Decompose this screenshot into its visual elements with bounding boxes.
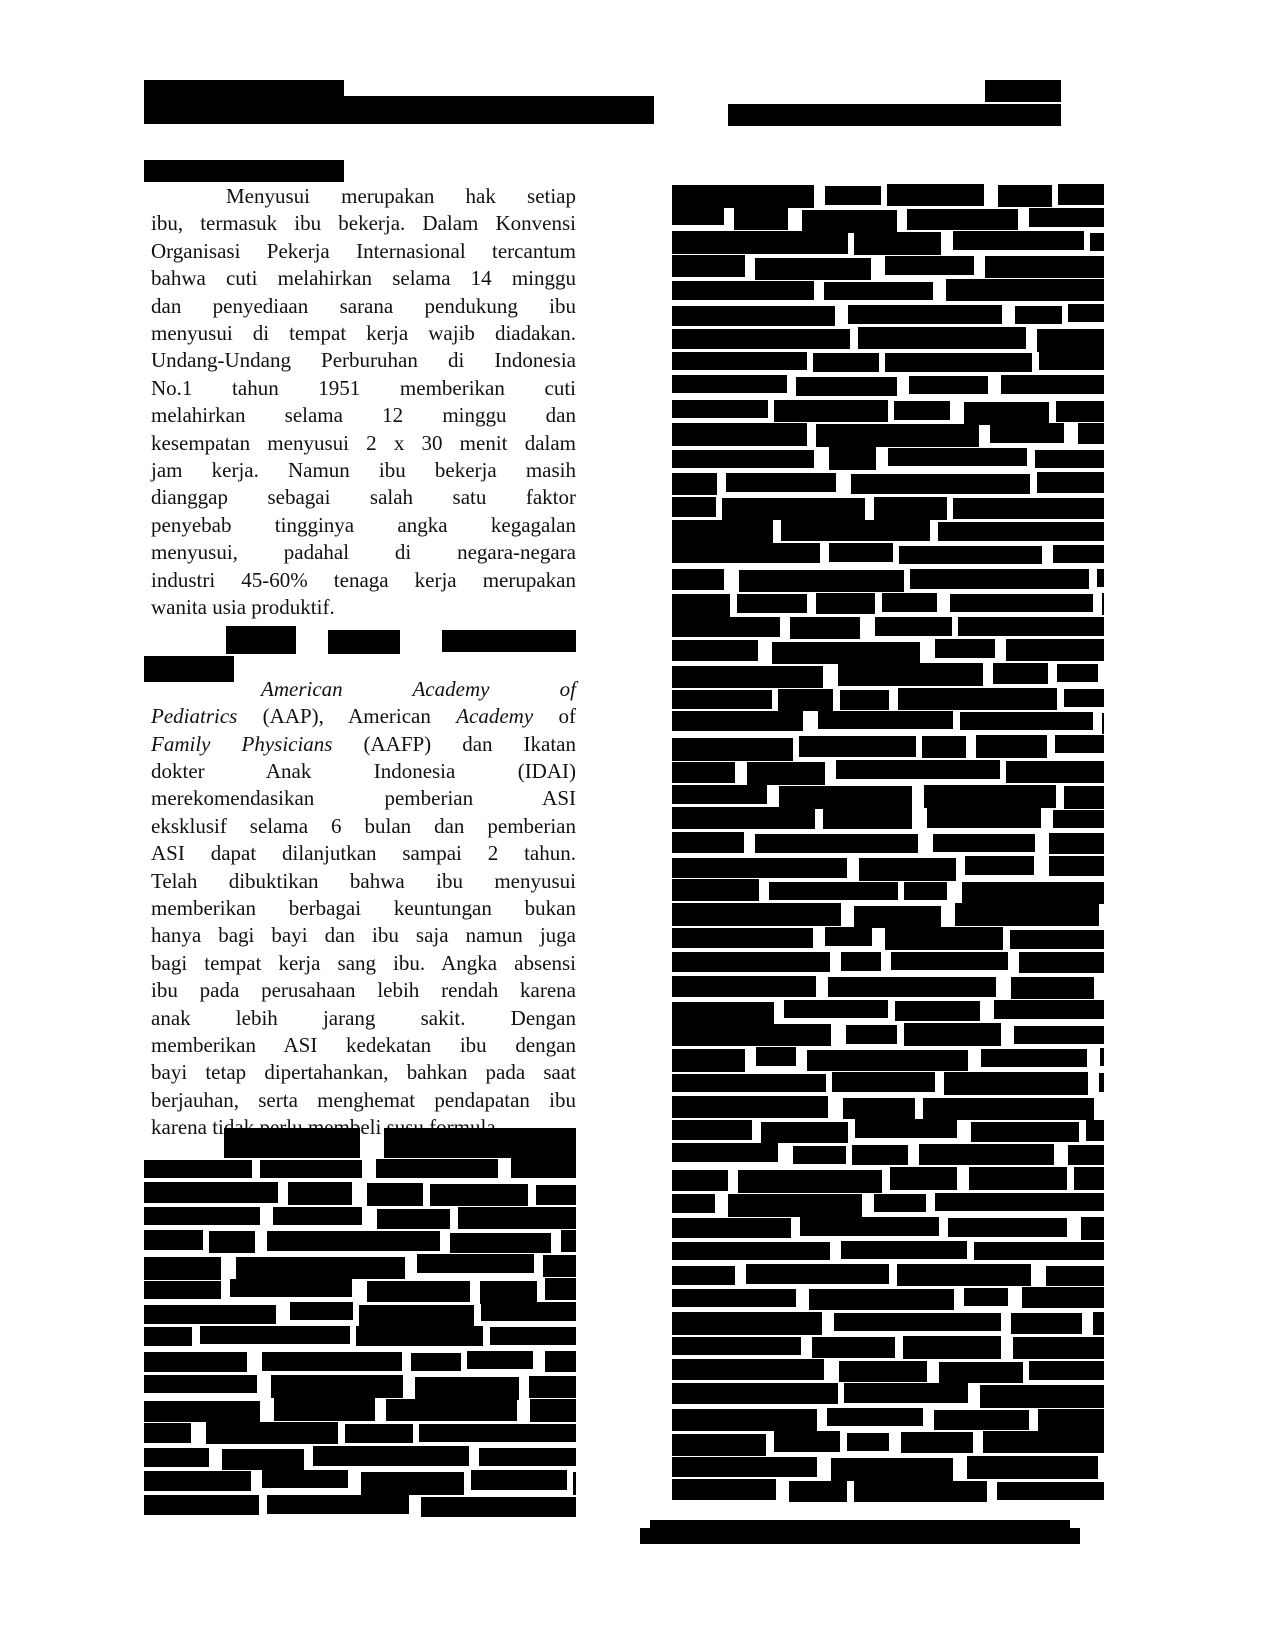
redacted-text-block — [809, 1289, 954, 1310]
redacted-text-block — [672, 255, 745, 277]
text-line: Family Physicians (AAFP) dan Ikatan — [151, 731, 576, 758]
redacted-text-block — [262, 1470, 348, 1488]
redacted-text-block — [672, 1266, 735, 1285]
redacted-text-block — [829, 543, 893, 562]
para2-redacted-word2 — [328, 630, 400, 654]
redacted-text-block — [672, 1096, 828, 1118]
para3-redacted-line — [224, 1128, 360, 1158]
redacted-text-block — [909, 376, 988, 394]
redacted-text-block — [964, 402, 1049, 425]
text-line: memberikan ASI kedekatan ibu dengan — [151, 1032, 576, 1059]
redacted-text-block — [672, 1457, 817, 1477]
redacted-text-block — [1102, 713, 1104, 734]
redacted-text-block — [1097, 569, 1104, 587]
redacted-text-block — [885, 256, 974, 275]
redacted-text-block — [838, 663, 983, 686]
redacted-text-block — [739, 570, 904, 592]
redacted-text-block — [885, 353, 1032, 372]
redacted-text-block — [672, 1002, 774, 1024]
redacted-text-block — [672, 306, 835, 326]
redacted-text-block — [904, 882, 947, 900]
redacted-text-block — [479, 1448, 576, 1466]
redacted-text-block — [737, 594, 807, 613]
redacted-text-block — [953, 231, 1084, 250]
redacted-text-block — [672, 423, 807, 446]
redacted-text-block — [672, 400, 768, 418]
redacted-text-block — [672, 858, 847, 878]
redacted-text-block — [471, 1470, 567, 1490]
redacted-text-block — [960, 712, 1093, 730]
redacted-text-block — [672, 762, 735, 783]
redacted-text-block — [672, 1289, 796, 1307]
redacted-text-block — [955, 903, 1099, 926]
redacted-text-block — [971, 1122, 1079, 1142]
redacted-text-block — [899, 546, 1042, 564]
redacted-text-block — [361, 1472, 464, 1495]
redacted-text-block — [430, 1184, 528, 1206]
redacted-text-block — [672, 666, 823, 688]
text-line: ASI dapat dilanjutkan sampai 2 tahun. — [151, 840, 576, 867]
redacted-text-block — [1035, 450, 1104, 468]
redacted-text-block — [974, 1242, 1104, 1260]
redacted-text-block — [1049, 833, 1104, 854]
redacted-text-block — [738, 1170, 882, 1193]
redacted-text-block — [672, 543, 820, 563]
redacted-text-block — [843, 1098, 915, 1119]
redacted-text-block — [144, 1495, 259, 1515]
redacted-text-block — [672, 711, 803, 731]
redacted-text-block — [964, 1288, 1008, 1306]
redacted-text-block — [511, 1158, 576, 1178]
redacted-text-block — [236, 1257, 405, 1279]
redacted-text-block — [672, 185, 814, 208]
redacted-text-block — [903, 1336, 1001, 1359]
text-line: bayi tetap dipertahankan, bahkan pada sa… — [151, 1059, 576, 1086]
text-line: menyusui, padahal di negara-negara — [151, 539, 576, 566]
redacted-text-block — [756, 1047, 796, 1066]
redacted-text-block — [415, 1377, 519, 1400]
para2-redacted-word1 — [226, 626, 296, 654]
redacted-text-block — [836, 760, 1000, 779]
redacted-text-block — [985, 256, 1104, 278]
redacted-text-block — [958, 617, 1104, 636]
redacted-text-block — [672, 928, 813, 948]
redacted-text-block — [672, 1337, 801, 1355]
redacted-text-block — [1015, 306, 1062, 324]
redacted-text-block — [356, 1326, 483, 1346]
redacted-text-block — [672, 640, 758, 661]
redacted-text-block — [230, 1279, 352, 1297]
redacted-text-block — [672, 375, 787, 393]
redacted-text-block — [841, 1241, 967, 1259]
redacted-text-block — [1029, 208, 1104, 227]
redacted-text-block — [672, 1383, 838, 1404]
text-line: Telah dibuktikan bahwa ibu menyusui — [151, 868, 576, 895]
redacted-text-block — [832, 1072, 935, 1092]
redacted-text-block — [858, 327, 1026, 349]
redacted-text-block — [1010, 930, 1104, 949]
redacted-text-block — [672, 879, 759, 901]
text-line: dan penyediaan sarana pendukung ibu — [151, 293, 576, 320]
redacted-text-block — [829, 447, 876, 470]
redacted-text-block — [1057, 664, 1098, 682]
redacted-text-block — [345, 1424, 413, 1443]
text-line: melahirkan selama 12 minggu dan — [151, 402, 576, 429]
redacted-text-block — [831, 1458, 953, 1481]
redacted-text-block — [891, 952, 1008, 970]
redacted-text-block — [841, 952, 881, 971]
text-line: anak lebih jarang sakit. Dengan — [151, 1005, 576, 1032]
redacted-text-block — [1037, 329, 1104, 352]
redacted-text-block — [761, 1122, 848, 1143]
redacted-text-block — [367, 1183, 423, 1206]
redacted-text-block — [875, 617, 952, 636]
redacted-text-block — [222, 1449, 304, 1470]
redacted-text-block — [480, 1281, 537, 1304]
text-line: dianggap sebagai salah satu faktor — [151, 484, 576, 511]
redacted-text-block — [267, 1495, 409, 1514]
redacted-text-block — [1038, 1409, 1104, 1431]
redacted-text-block — [859, 858, 956, 881]
redacted-text-block — [672, 329, 850, 349]
redacted-text-block — [672, 1242, 830, 1260]
redacted-text-block — [722, 498, 865, 520]
redacted-text-block — [823, 808, 912, 829]
redacted-text-block — [726, 473, 836, 492]
redacted-text-block — [976, 735, 1047, 758]
redacted-text-block — [367, 1281, 470, 1302]
redacted-text-block — [807, 1050, 968, 1071]
redacted-text-block — [1064, 786, 1104, 809]
redacted-text-block — [274, 1398, 375, 1421]
redacted-text-block — [545, 1278, 576, 1300]
text-line: Menyusui merupakan hak setiap — [151, 183, 576, 210]
redacted-text-block — [933, 834, 1035, 852]
redacted-text-block — [888, 448, 1027, 466]
text-line: American Academy of — [261, 676, 576, 703]
redacted-text-block — [828, 977, 996, 997]
redacted-text-block — [854, 232, 941, 255]
redacted-text-block — [672, 952, 830, 972]
redacted-text-block — [313, 1446, 469, 1466]
header-right-redacted-bar — [728, 104, 1061, 126]
redacted-text-block — [796, 377, 897, 396]
redacted-text-block — [672, 450, 814, 468]
redacted-text-block — [419, 1424, 576, 1442]
text-line: jam kerja. Namun ibu bekerja masih — [151, 457, 576, 484]
redacted-text-block — [672, 594, 730, 617]
para2-redacted-word3 — [442, 630, 576, 652]
redacted-text-block — [898, 688, 1057, 710]
redacted-text-block — [1093, 1312, 1104, 1335]
redacted-text-block — [1019, 952, 1104, 973]
redacted-text-block — [781, 520, 930, 541]
redacted-text-block — [206, 1422, 338, 1444]
redacted-text-block — [813, 353, 879, 372]
redacted-text-block — [262, 1352, 402, 1371]
redacted-text-block — [1037, 472, 1104, 493]
redacted-text-block — [144, 1423, 191, 1443]
redacted-text-block — [260, 1160, 362, 1178]
redacted-text-block — [672, 1409, 817, 1431]
redacted-text-block — [980, 1385, 1104, 1408]
redacted-text-block — [950, 594, 1093, 612]
redacted-text-block — [144, 1182, 278, 1203]
redacted-text-block — [919, 1144, 1054, 1165]
redacted-text-block — [946, 279, 1104, 301]
redacted-text-block — [672, 807, 815, 829]
redacted-text-block — [746, 1264, 889, 1284]
redacted-text-block — [839, 1361, 927, 1382]
redacted-text-block — [573, 1472, 576, 1495]
text-line: No.1 tahun 1951 memberikan cuti — [151, 375, 576, 402]
redacted-text-block — [962, 882, 1104, 904]
redacted-text-block — [897, 1264, 1031, 1286]
redacted-text-block — [672, 738, 793, 761]
redacted-text-block — [824, 282, 933, 300]
section-heading-redacted — [144, 160, 344, 182]
redacted-text-block — [1055, 735, 1104, 753]
redacted-text-block — [672, 690, 772, 709]
redacted-text-block — [1046, 1266, 1104, 1286]
redacted-text-block — [672, 207, 724, 225]
redacted-text-block — [854, 1481, 987, 1502]
redacted-text-block — [1056, 401, 1104, 422]
redacted-text-block — [994, 1000, 1104, 1019]
redacted-text-block — [874, 1194, 926, 1212]
redacted-text-block — [769, 882, 898, 900]
redacted-text-block — [887, 184, 984, 206]
redacted-text-block — [923, 1098, 1094, 1120]
redacted-text-block — [144, 1257, 221, 1280]
redacted-text-block — [1081, 1217, 1104, 1240]
text-line: bahwa cuti melahirkan selama 14 minggu — [151, 265, 576, 292]
redacted-text-block — [1100, 1048, 1104, 1066]
redacted-text-block — [672, 520, 773, 543]
redacted-text-block — [728, 1194, 862, 1217]
redacted-text-block — [894, 401, 950, 420]
text-line: Pediatrics (AAP), American Academy of — [151, 703, 576, 730]
redacted-text-block — [840, 690, 889, 710]
redacted-text-block — [778, 689, 833, 711]
redacted-text-block — [851, 474, 1030, 494]
redacted-text-block — [144, 1230, 203, 1250]
text-line: menyusui di tempat kerja wajib diadakan. — [151, 320, 576, 347]
redacted-text-block — [1053, 810, 1104, 828]
redacted-text-block — [939, 1362, 1023, 1383]
redacted-text-block — [672, 1049, 745, 1072]
redacted-text-block — [1011, 977, 1094, 999]
text-line: memberikan berbagai keuntungan bukan — [151, 895, 576, 922]
redacted-text-block — [969, 1167, 1067, 1190]
redacted-text-block — [144, 1375, 257, 1393]
redacted-text-block — [774, 400, 888, 422]
redacted-text-block — [144, 1207, 260, 1225]
redacted-text-block — [144, 1160, 252, 1178]
redacted-text-block — [672, 1024, 831, 1046]
redacted-text-block — [784, 1000, 888, 1018]
redacted-text-block — [377, 1209, 450, 1229]
redacted-text-block — [844, 1383, 968, 1403]
redacted-text-block — [1068, 304, 1104, 322]
redacted-text-block — [672, 231, 848, 254]
text-line: kesempatan menyusui 2 x 30 menit dalam — [151, 430, 576, 457]
redacted-text-block — [672, 903, 841, 926]
redacted-text-block — [965, 856, 1034, 875]
redacted-text-block — [672, 1312, 822, 1335]
redacted-text-block — [267, 1231, 440, 1251]
redacted-text-block — [1068, 1145, 1104, 1165]
redacted-text-block — [885, 927, 1003, 950]
redacted-text-block — [672, 1359, 824, 1380]
text-line: Undang-Undang Perburuhan di Indonesia — [151, 347, 576, 374]
redacted-text-block — [1053, 545, 1104, 563]
redacted-text-block — [144, 1448, 209, 1467]
redacted-text-block — [993, 663, 1048, 684]
redacted-text-block — [543, 1255, 576, 1277]
redacted-text-block — [802, 210, 897, 233]
redacted-text-block — [846, 1025, 897, 1044]
redacted-text-block — [672, 473, 717, 495]
footer-redacted-top — [650, 1520, 1070, 1530]
redacted-text-block — [536, 1185, 576, 1205]
redacted-text-block — [934, 1410, 1029, 1430]
redacted-text-block — [901, 1432, 973, 1453]
para3-redacted-line — [384, 1128, 576, 1158]
redacted-text-block — [747, 762, 825, 785]
redacted-text-block — [790, 617, 860, 639]
para2-redacted-word4 — [144, 656, 234, 682]
text-line: berjauhan, serta menghemat pendapatan ib… — [151, 1087, 576, 1114]
redacted-text-block — [953, 498, 1104, 519]
redacted-text-block — [1058, 184, 1104, 205]
redacted-text-block — [825, 927, 872, 946]
redacted-text-block — [855, 1119, 957, 1138]
redacted-text-block — [672, 497, 716, 517]
redacted-text-block — [1013, 1337, 1104, 1359]
redacted-text-block — [854, 906, 941, 928]
text-line: bagi tempat kerja sang ibu. Angka absens… — [151, 950, 576, 977]
redacted-text-block — [530, 1399, 576, 1422]
redacted-text-block — [799, 736, 916, 757]
redacted-text-block — [1011, 1313, 1082, 1334]
text-line: dokter Anak Indonesia (IDAI) — [151, 758, 576, 785]
redacted-text-block — [997, 1482, 1104, 1500]
redacted-text-block — [672, 785, 767, 804]
redacted-text-block — [890, 1167, 957, 1190]
redacted-text-block — [672, 976, 816, 997]
text-line: eksklusif selama 6 bulan dan pemberian — [151, 813, 576, 840]
redacted-text-block — [774, 1431, 840, 1452]
redacted-text-block — [144, 1281, 221, 1299]
redacted-text-block — [847, 1433, 889, 1451]
text-line: merekomendasikan pemberian ASI — [151, 785, 576, 812]
redacted-text-block — [818, 711, 953, 729]
redacted-text-block — [450, 1233, 551, 1253]
text-line: ibu, termasuk ibu bekerja. Dalam Konvens… — [151, 210, 576, 237]
redacted-text-block — [144, 1305, 276, 1324]
redacted-text-block — [200, 1326, 350, 1344]
redacted-text-block — [490, 1327, 576, 1345]
redacted-text-block — [561, 1230, 576, 1252]
redacted-text-block — [1086, 1120, 1104, 1141]
redacted-text-block — [793, 1146, 846, 1164]
redacted-text-block — [938, 522, 1104, 541]
redacted-text-block — [417, 1254, 534, 1273]
redacted-text-block — [874, 497, 947, 520]
redacted-text-block — [421, 1497, 576, 1517]
redacted-text-block — [907, 209, 1018, 230]
redacted-text-block — [672, 569, 724, 590]
redacted-text-block — [672, 1479, 776, 1500]
redacted-text-block — [910, 569, 1089, 589]
redacted-text-block — [144, 1401, 260, 1422]
redacted-text-block — [1006, 761, 1104, 783]
redacted-text-block — [827, 1408, 923, 1426]
redacted-text-block — [1006, 639, 1104, 661]
redacted-text-block — [209, 1231, 255, 1253]
redacted-text-block — [948, 1218, 1067, 1237]
redacted-text-block — [904, 1023, 1001, 1046]
redacted-text-block — [734, 207, 788, 230]
redacted-text-block — [800, 1217, 939, 1236]
text-line: hanya bagi bayi dan ibu saja namun juga — [151, 922, 576, 949]
text-line: Organisasi Pekerja Internasional tercant… — [151, 238, 576, 265]
redacted-text-block — [935, 1193, 1104, 1211]
redacted-text-block — [944, 1072, 1088, 1095]
redacted-text-block — [834, 1313, 1001, 1331]
footer-redacted — [640, 1528, 1080, 1544]
redacted-text-block — [927, 808, 1041, 828]
redacted-text-block — [779, 786, 912, 809]
redacted-text-block — [672, 1170, 728, 1191]
redacted-text-block — [772, 642, 920, 664]
redacted-text-block — [1074, 1167, 1104, 1190]
redacted-text-block — [998, 185, 1052, 207]
redacted-text-block — [376, 1159, 498, 1178]
text-line: industri 45-60% tenaga kerja merupakan — [151, 567, 576, 594]
redacted-text-block — [1029, 1361, 1104, 1380]
redacted-text-block — [529, 1376, 576, 1398]
redacted-text-block — [852, 1145, 908, 1165]
redacted-text-block — [467, 1351, 533, 1369]
redacted-text-block — [1099, 1073, 1104, 1092]
redacted-text-block — [789, 1481, 847, 1502]
text-line: ibu pada perusahaan lebih rendah karena — [151, 977, 576, 1004]
redacted-text-block — [816, 424, 979, 447]
redacted-text-block — [812, 1337, 895, 1358]
redacted-text-block — [290, 1302, 353, 1320]
redacted-text-block — [981, 1049, 1087, 1067]
redacted-text-block — [545, 1351, 576, 1372]
redacted-text-block — [672, 832, 744, 853]
redacted-text-block — [411, 1353, 461, 1371]
redacted-text-block — [1022, 1287, 1104, 1308]
redacted-text-block — [755, 258, 871, 280]
redacted-text-block — [672, 281, 814, 300]
redacted-text-block — [359, 1305, 474, 1328]
redacted-text-block — [1090, 233, 1104, 251]
redacted-text-block — [672, 1194, 715, 1213]
redacted-text-block — [144, 1327, 192, 1346]
redacted-text-block — [816, 593, 875, 614]
redacted-text-block — [458, 1207, 576, 1229]
redacted-text-block — [1001, 375, 1104, 394]
redacted-text-block — [672, 1143, 778, 1162]
redacted-text-block — [924, 785, 1056, 808]
redacted-text-block — [672, 617, 780, 637]
header-left-redacted-bar — [144, 96, 654, 124]
